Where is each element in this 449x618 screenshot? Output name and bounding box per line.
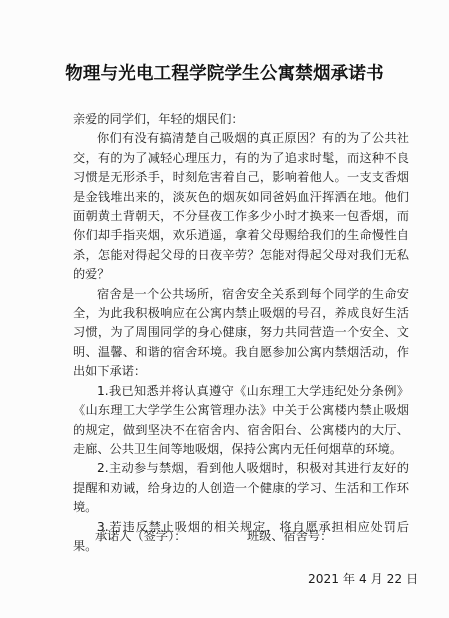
document-page: 物理与光电工程学院学生公寓禁烟承诺书 亲爱的同学们，年轻的烟民们： 你们有没有搞… — [0, 0, 449, 618]
class-room-label: 班级、宿舍号： — [247, 527, 332, 544]
document-title: 物理与光电工程学院学生公寓禁烟承诺书 — [0, 60, 449, 85]
greeting: 亲爱的同学们，年轻的烟民们： — [73, 110, 409, 129]
pledge-item-1: 1.我已知悉并将认真遵守《山东理工大学违纪处分条例》《山东理工大学学生公寓管理办… — [73, 382, 409, 460]
pledge-item-2: 2.主动参与禁烟，看到他人吸烟时，积极对其进行友好的提醒和劝诫，给身边的人创造一… — [73, 459, 409, 517]
paragraph-dormitory: 宿舍是一个公共场所，宿舍安全关系到每个同学的生命安全，为此我积极响应在公寓内禁止… — [73, 285, 409, 382]
document-body: 亲爱的同学们，年轻的烟民们： 你们有没有搞清楚自己吸烟的真正原因？有的为了公共社… — [73, 110, 409, 556]
signature-label: 承诺人（签字）： — [95, 527, 186, 544]
document-date: 2021 年 4 月 22 日 — [308, 570, 418, 587]
paragraph-reasons: 你们有没有搞清楚自己吸烟的真正原因？有的为了公共社交，有的为了减轻心理压力，有的… — [73, 129, 409, 284]
